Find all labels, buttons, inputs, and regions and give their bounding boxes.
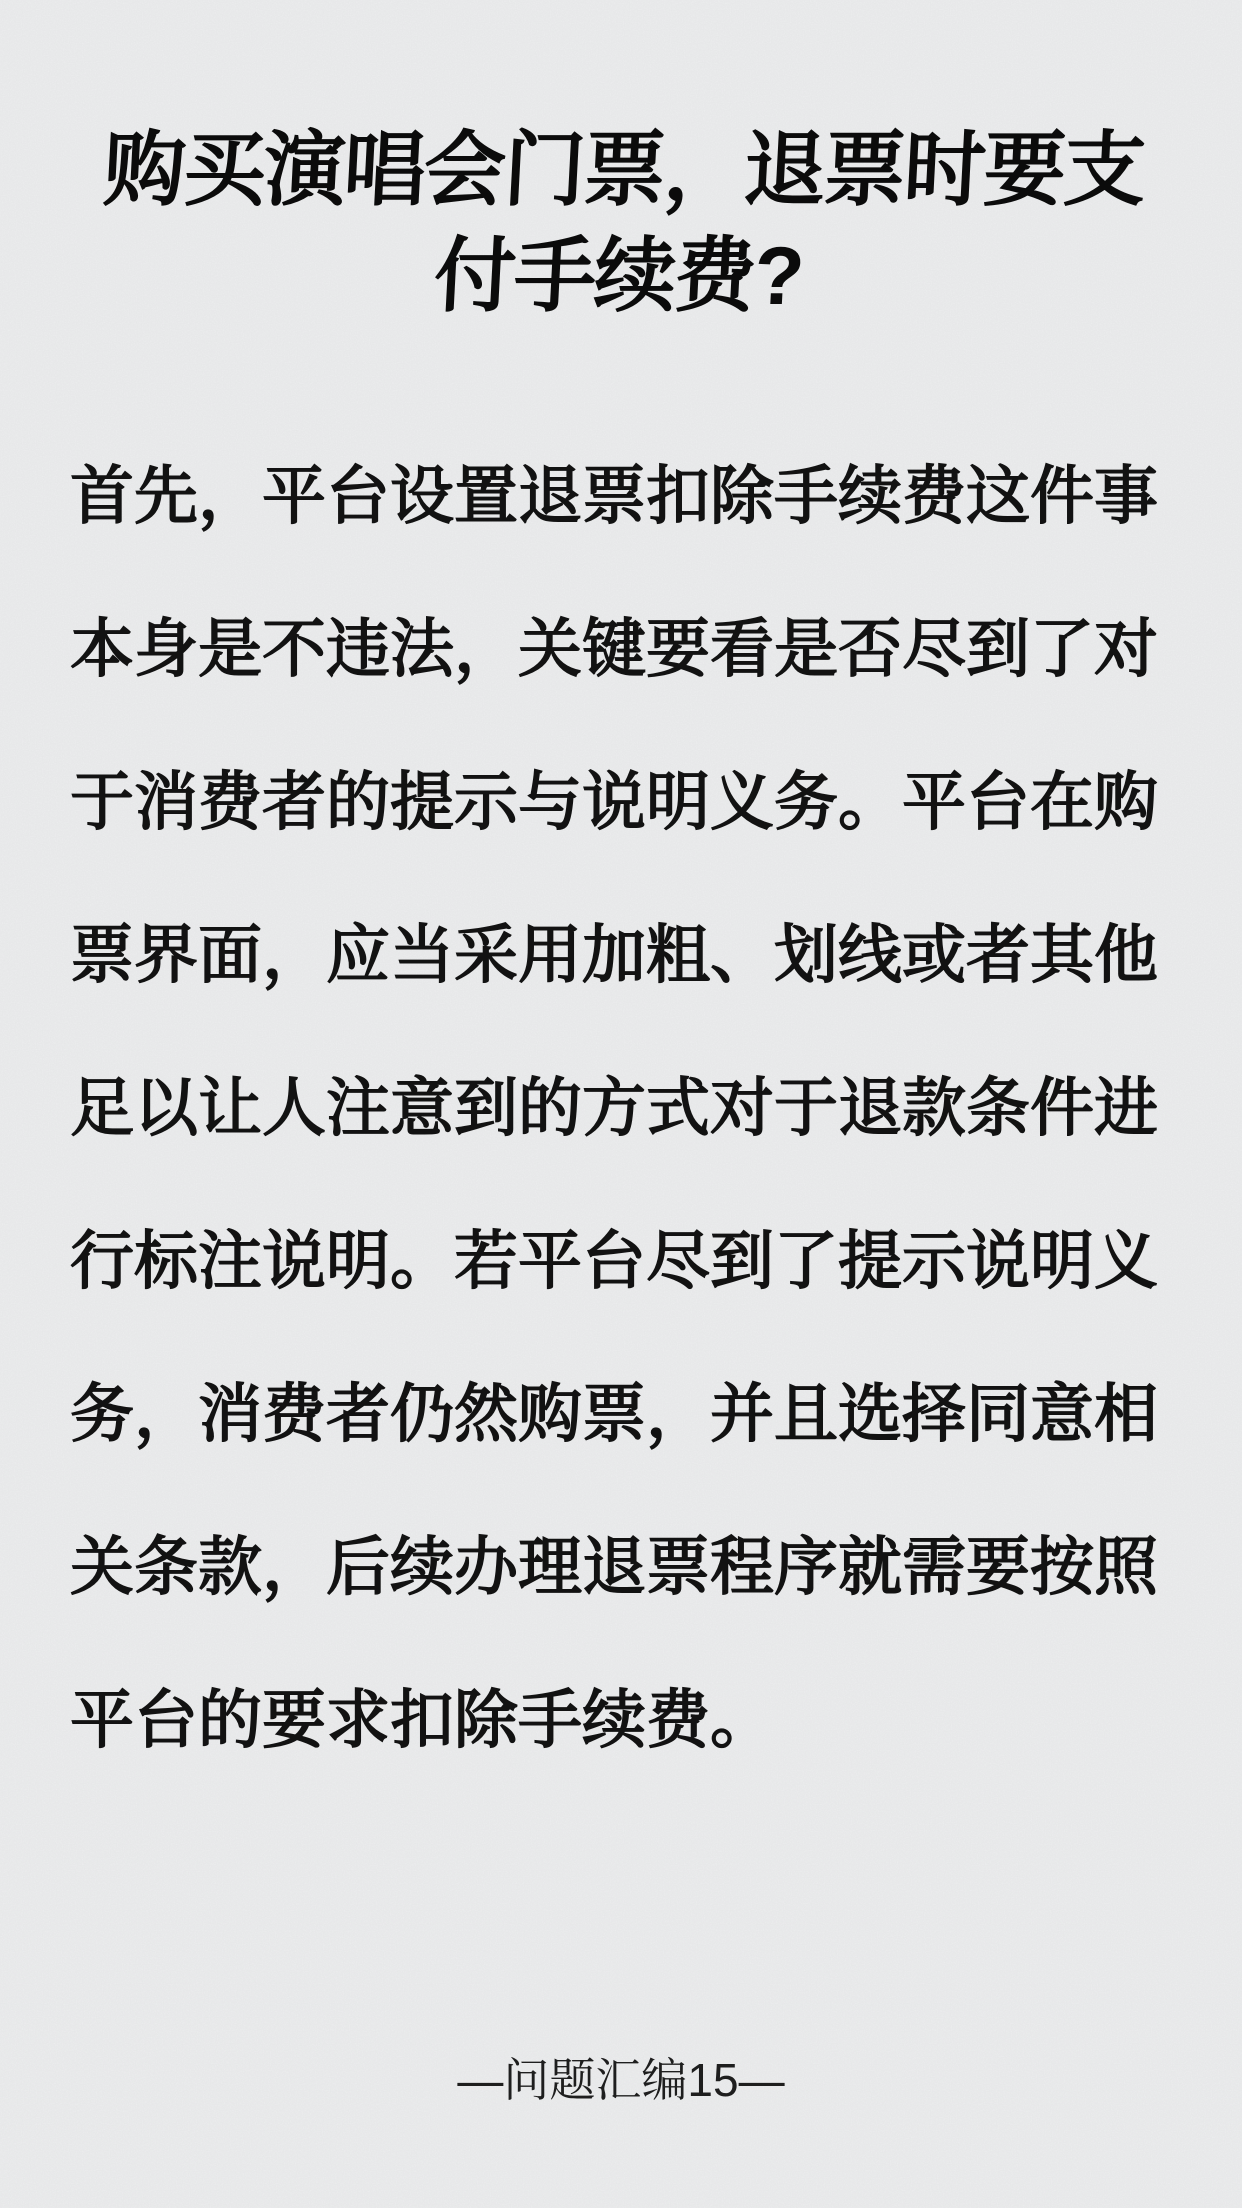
title-line-2: 付手续费? <box>0 224 1242 330</box>
title-line-1: 购买演唱会门票，退票时要支 <box>0 118 1242 224</box>
body-line: 本身是不违法，关键要看是否尽到了对 <box>70 573 1172 726</box>
footer-series-label: —问题汇编15— <box>0 2048 1242 2112</box>
body-line: 于消费者的提示与说明义务。平台在购 <box>70 726 1172 879</box>
body-line: 行标注说明。若平台尽到了提示说明义 <box>70 1185 1172 1338</box>
poster-card: 购买演唱会门票，退票时要支 付手续费? 首先，平台设置退票扣除手续费这件事 本身… <box>0 0 1242 2208</box>
body-line: 关条款，后续办理退票程序就需要按照 <box>70 1491 1172 1644</box>
body-line: 足以让人注意到的方式对于退款条件进 <box>70 1032 1172 1185</box>
body-line: 首先，平台设置退票扣除手续费这件事 <box>70 420 1172 573</box>
body-line: 票界面，应当采用加粗、划线或者其他 <box>70 879 1172 1032</box>
body-paragraph: 首先，平台设置退票扣除手续费这件事 本身是不违法，关键要看是否尽到了对 于消费者… <box>70 420 1172 1797</box>
page-title: 购买演唱会门票，退票时要支 付手续费? <box>0 118 1242 330</box>
body-line: 平台的要求扣除手续费。 <box>70 1644 1172 1797</box>
body-line: 务，消费者仍然购票，并且选择同意相 <box>70 1338 1172 1491</box>
